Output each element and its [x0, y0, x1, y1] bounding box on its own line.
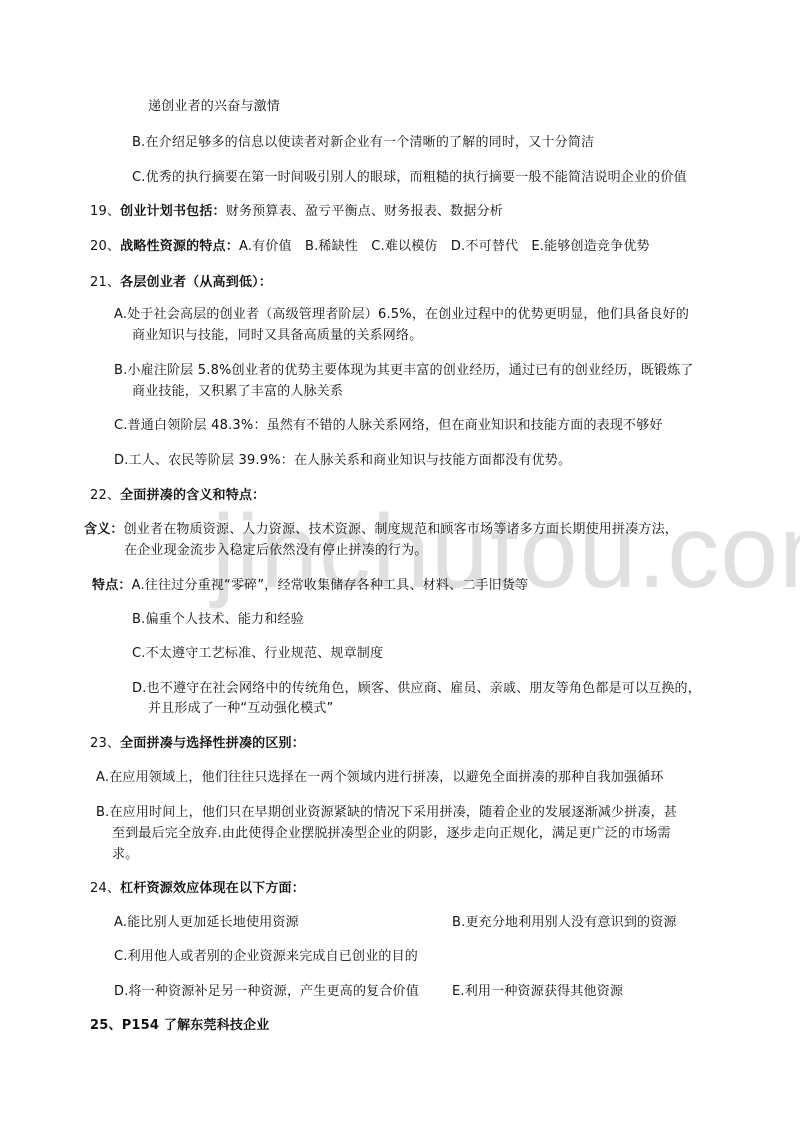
- question-23: 23、全面拼凑与选择性拼凑的区别：: [90, 735, 305, 753]
- list-item-continuation: 至到最后完全放弃.由此使得企业摆脱拼凑型企业的阴影，逐步走向正规化，满足更广泛的…: [112, 825, 671, 843]
- question-number: 25、: [90, 1018, 122, 1033]
- feature-item: C.不太遵守工艺标准、行业规范、规章制度: [132, 645, 383, 663]
- list-item-continuation: 商业知识与技能，同时又具备高质量的关系网络。: [132, 327, 422, 345]
- list-item: E.利用一种资源获得其他资源: [452, 983, 623, 1001]
- text-line: B.在介绍足够多的信息以使读者对新企业有一个清晰的了解的同时，又十分简洁: [132, 134, 594, 152]
- meaning-text: 创业者在物质资源、人力资源、技术资源、制度规范和顾客市场等诸多方面长期使用拼凑方…: [124, 522, 678, 537]
- list-item: B.小雇注阶层 5.8%创业者的优势主要体现为其更丰富的创业经历，通过已有的创业…: [114, 362, 694, 380]
- question-title: 战略性资源的特点：: [120, 239, 239, 254]
- question-body: 财务预算表、盈亏平衡点、财务报表、数据分析: [226, 204, 503, 219]
- features-line: 特点：A.往往过分重视“零碎”，经常收集储存各种工具、材料、二手旧货等: [92, 577, 528, 595]
- feature-item: D.也不遵守在社会网络中的传统角色，顾客、供应商、雇员、亲戚、朋友等角色都是可以…: [132, 680, 701, 698]
- text-line: 递创业者的兴奋与激情: [148, 98, 280, 116]
- question-title: 杠杆资源效应体现在以下方面：: [120, 881, 305, 896]
- question-number: 22、: [90, 488, 120, 503]
- question-25: 25、P154 了解东莞科技企业: [90, 1017, 270, 1035]
- question-21: 21、各层创业者（从高到低）：: [90, 274, 272, 292]
- question-number: 24、: [90, 881, 120, 896]
- features-label: 特点：: [92, 578, 132, 593]
- question-22: 22、全面拼凑的含义和特点：: [90, 487, 265, 505]
- question-title: 各层创业者（从高到低）：: [120, 275, 272, 290]
- list-item: B.在应用时间上，他们只在早期创业资源紧缺的情况下采用拼凑，随着企业的发展逐渐减…: [96, 804, 677, 822]
- question-20: 20、战略性资源的特点：A.有价值 B.稀缺性 C.难以模仿 D.不可替代 E.…: [90, 238, 650, 256]
- meaning-line: 含义：创业者在物质资源、人力资源、技术资源、制度规范和顾客市场等诸多方面长期使用…: [84, 521, 678, 539]
- list-item: D.将一种资源补足另一种资源，产生更高的复合价值: [114, 983, 419, 1001]
- question-number: 23、: [90, 736, 120, 751]
- question-number: 19、: [90, 204, 120, 219]
- text-line: C.优秀的执行摘要在第一时间吸引别人的眼球，而粗糙的执行摘要一般不能简洁说明企业…: [132, 169, 687, 187]
- list-item: C.利用他人或者别的企业资源来完成自已创业的目的: [114, 948, 418, 966]
- feature-item-continuation: 并且形成了一种“互动强化模式”: [148, 700, 333, 718]
- question-24: 24、杠杆资源效应体现在以下方面：: [90, 880, 305, 898]
- question-number: 21、: [90, 275, 120, 290]
- question-number: 20、: [90, 239, 120, 254]
- meaning-label: 含义：: [84, 522, 124, 537]
- feature-item: A.往往过分重视“零碎”，经常收集储存各种工具、材料、二手旧货等: [132, 578, 529, 593]
- feature-item: B.偏重个人技术、能力和经验: [132, 611, 304, 629]
- question-title: P154 了解东莞科技企业: [122, 1018, 270, 1033]
- meaning-continuation: 在企业现金流步入稳定后依然没有停止拼凑的行为。: [124, 542, 428, 560]
- question-body: A.有价值 B.稀缺性 C.难以模仿 D.不可替代 E.能够创造竞争优势: [239, 239, 650, 254]
- question-title: 全面拼凑与选择性拼凑的区别：: [120, 736, 305, 751]
- list-item: A.处于社会高层的创业者（高级管理者阶层）6.5%，在创业过程中的优势更明显，他…: [114, 306, 689, 324]
- question-title: 全面拼凑的含义和特点：: [120, 488, 265, 503]
- list-item: A.能比别人更加延长地使用资源: [114, 914, 299, 932]
- list-item: D.工人、农民等阶层 39.9%：在人脉关系和商业知识与技能方面都没有优势。: [114, 452, 571, 470]
- question-19: 19、创业计划书包括：财务预算表、盈亏平衡点、财务报表、数据分析: [90, 203, 503, 221]
- question-title: 创业计划书包括：: [120, 204, 226, 219]
- list-item: C.普通白领阶层 48.3%：虽然有不错的人脉关系网络，但在商业知识和技能方面的…: [114, 417, 663, 435]
- list-item: A.在应用领域上，他们往往只选择在一两个领域内进行拼凑，以避免全面拼凑的那种自我…: [96, 769, 664, 787]
- list-item-continuation: 商业技能，又积累了丰富的人脉关系: [132, 383, 343, 401]
- list-item: B.更充分地利用别人没有意识到的资源: [452, 914, 677, 932]
- list-item-continuation: 求。: [112, 846, 138, 864]
